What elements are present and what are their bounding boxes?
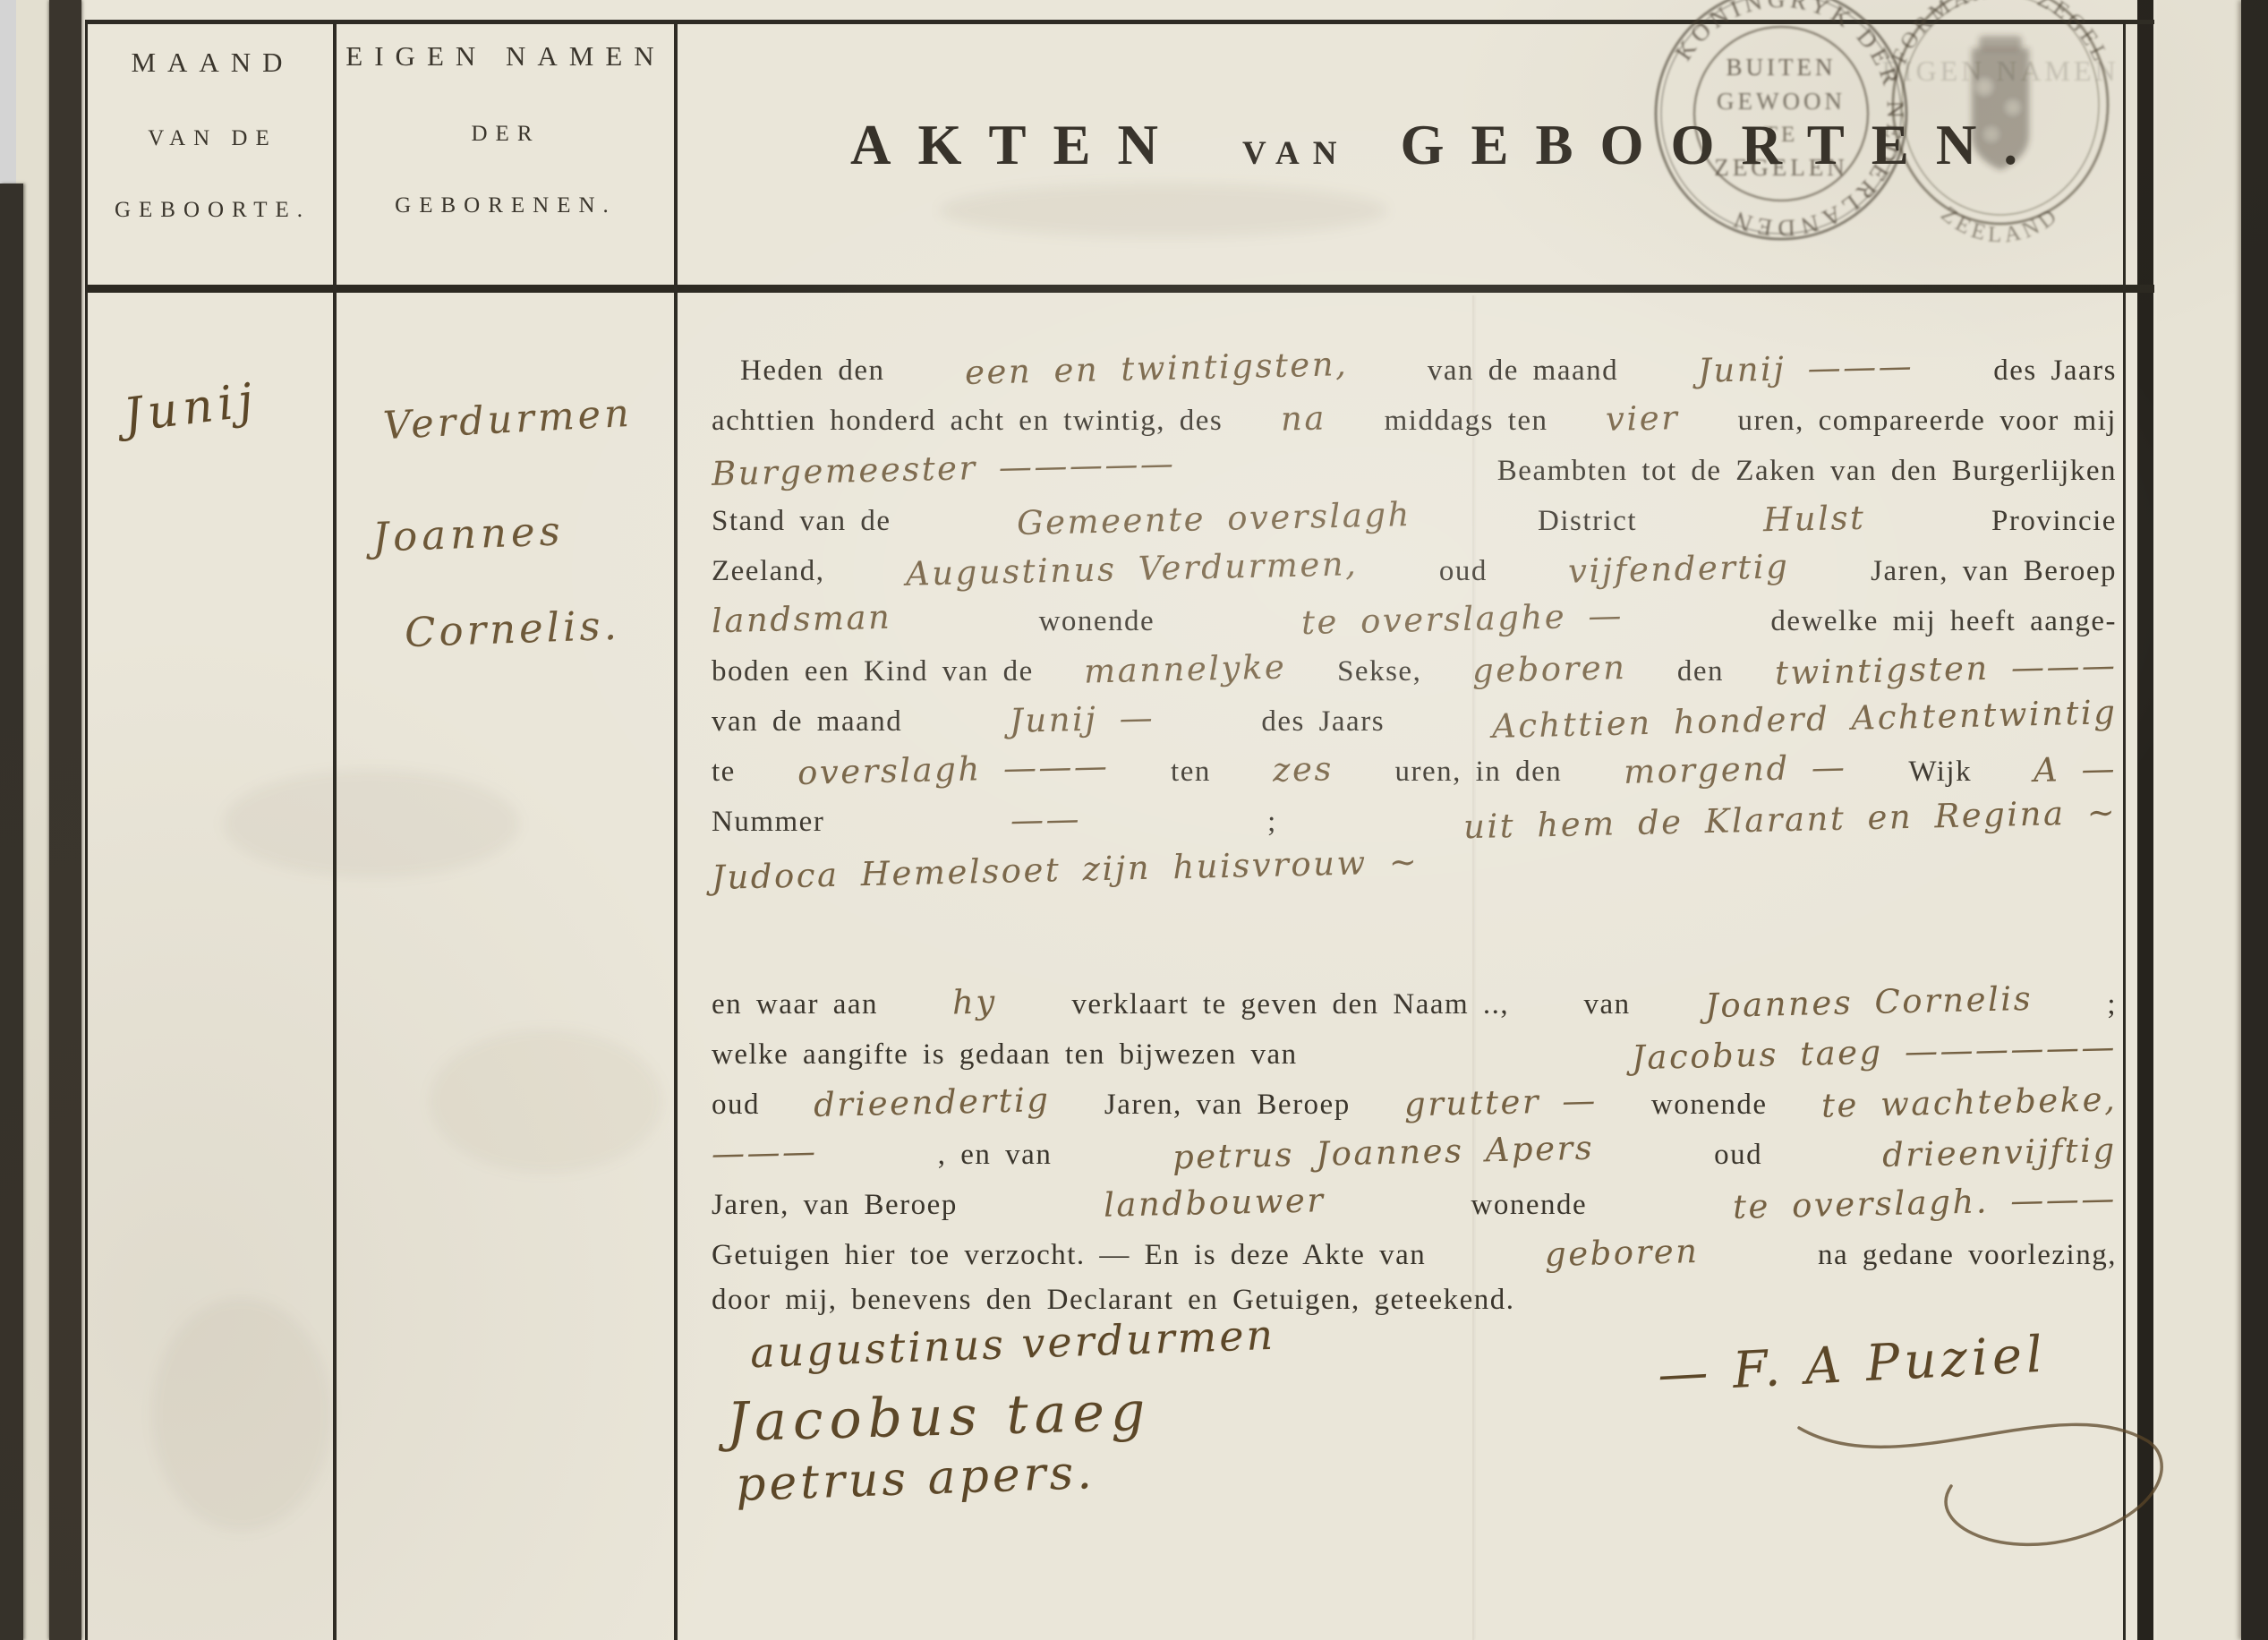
- printed-text: boden een Kind van de: [712, 655, 1034, 688]
- printed-text: wonende: [1039, 605, 1155, 638]
- header-line: GEBORENEN.: [345, 193, 667, 218]
- printed-text: Jaren, van Beroep: [1871, 555, 2117, 588]
- printed-text: Provincie: [1991, 505, 2117, 538]
- printed-text: van de maand: [712, 705, 902, 739]
- column-header-month: MAAND VAN DE GEBOORTE.: [98, 47, 327, 223]
- header-line: VAN DE: [98, 126, 327, 151]
- handwritten-text: vijfendertig: [1568, 547, 1790, 591]
- title-word: AKTEN: [850, 113, 1185, 178]
- printed-text: des Jaars: [1993, 354, 2117, 388]
- printed-text: Getuigen hier toe verzocht. — En is deze…: [712, 1239, 1426, 1272]
- printed-text: uren, in den: [1395, 756, 1563, 789]
- ink-bleed-spot: [430, 1029, 662, 1173]
- body-line: ouddrieendertigJaren, van Beroepgrutter …: [712, 1083, 2117, 1133]
- body-line: Getuigen hier toe verzocht. — En is deze…: [712, 1234, 2117, 1284]
- entry-month: Junij: [121, 373, 261, 443]
- printed-text: Heden den: [740, 354, 885, 388]
- column-divider-2: [674, 20, 678, 1640]
- header-line: DER: [345, 122, 667, 147]
- handwritten-text: Augustinus Verdurmen,: [906, 544, 1359, 593]
- handwritten-text: mannelyke: [1084, 647, 1287, 690]
- signature-witness-2: petrus apers.: [735, 1446, 1096, 1512]
- svg-text:ZEELAND: ZEELAND: [1936, 202, 2064, 248]
- handwritten-text: landsman: [712, 598, 892, 641]
- handwritten-text: vier: [1606, 398, 1680, 439]
- printed-text: Jaren, van Beroep: [1104, 1089, 1351, 1122]
- handwritten-text: Judoca Hemelsoet zijn huisvrouw ~: [712, 842, 1420, 897]
- handwritten-text: te overslaghe —: [1301, 596, 1624, 642]
- handwritten-text: landbouwer: [1103, 1181, 1325, 1225]
- birth-register-scan: MAAND VAN DE GEBOORTE. EIGEN NAMEN DER G…: [0, 0, 2268, 1640]
- printed-text: Zeeland,: [712, 555, 825, 588]
- handwritten-text: twintigsten ———: [1774, 646, 2117, 693]
- printed-text: Sekse,: [1337, 655, 1421, 688]
- handwritten-text: drieenvijftig: [1882, 1131, 2118, 1174]
- ink-bleed-spot: [152, 1298, 331, 1531]
- entry-given-name-1: Joannes: [371, 507, 565, 560]
- body-line: Judoca Hemelsoet zijn huisvrouw ~: [712, 850, 2117, 901]
- body-line: teoverslagh ———tenzesuren, in denmorgend…: [712, 750, 2117, 800]
- printed-text: District: [1538, 505, 1637, 538]
- handwritten-text: Achttien honderd Achtentwintig: [1491, 693, 2117, 746]
- header-line: MAAND: [98, 47, 327, 79]
- ink-bleed-spot: [940, 184, 1387, 237]
- printed-text: Beambten tot de Zaken van den Burgerlijk…: [1497, 455, 2117, 488]
- page-title: AKTEN VAN GEBOORTEN.: [850, 113, 2121, 178]
- handwritten-text: grutter —: [1403, 1081, 1598, 1124]
- body-line: Burgemeester —————Beambten tot de Zaken …: [712, 449, 2117, 500]
- body-line: Jaren, van Beroeplandbouwerwonendete ove…: [712, 1183, 2117, 1234]
- printed-text: door mij, benevens den Declarant en Getu…: [712, 1284, 1515, 1317]
- body-line: ———, en vanpetrus Joannes Apersouddrieen…: [712, 1133, 2117, 1183]
- handwritten-text: te overslagh. ———: [1733, 1179, 2118, 1226]
- printed-text: Nummer: [712, 806, 824, 839]
- handwritten-text: overslagh ———: [797, 747, 1109, 792]
- handwritten-text: Joannes Cornelis: [1704, 979, 2033, 1025]
- printed-text: achttien honderd acht en twintig, des: [712, 405, 1223, 438]
- body-line: en waar aanhyverklaart te geven den Naam…: [712, 983, 2117, 1033]
- entry-given-name-2: Cornelis.: [404, 602, 621, 656]
- body-line: landsmanwonendete overslaghe —dewelke mi…: [712, 600, 2117, 650]
- svg-text:BUITEN: BUITEN: [1727, 54, 1837, 81]
- printed-text: wonende: [1651, 1089, 1768, 1122]
- handwritten-text: hy: [952, 982, 998, 1021]
- handwritten-text: na: [1280, 398, 1326, 438]
- body-line: Heden deneen en twintigsten,van de maand…: [712, 349, 2117, 399]
- handwritten-text: Burgemeester —————: [712, 444, 1176, 493]
- printed-text: , en van: [938, 1139, 1053, 1172]
- printed-text: Stand van de: [712, 505, 891, 538]
- printed-text: verklaart te geven den Naam ..,: [1071, 988, 1509, 1021]
- printed-text: welke aangifte is gedaan ten bijwezen va…: [712, 1038, 1298, 1072]
- handwritten-text: ——: [1010, 799, 1082, 840]
- printed-text: middags ten: [1385, 405, 1548, 438]
- handwritten-text: Junij —: [1009, 698, 1155, 740]
- entry-surname: Verdurmen: [382, 391, 634, 449]
- printed-text: na gedane voorlezing,: [1818, 1239, 2117, 1272]
- body-line: van de maandJunij —des JaarsAchttien hon…: [712, 700, 2117, 750]
- printed-text: oud: [1714, 1139, 1762, 1172]
- handwritten-text: een en twintigsten,: [964, 345, 1348, 392]
- handwritten-text: geboren: [1471, 648, 1626, 690]
- handwritten-text: te wachtebeke,: [1820, 1080, 2117, 1124]
- printed-text: des Jaars: [1261, 705, 1385, 739]
- signature-witness-1: Jacobus taeg: [726, 1380, 1152, 1454]
- handwritten-text: ———: [712, 1132, 818, 1174]
- body-line: boden een Kind van demannelykeSekse,gebo…: [712, 650, 2117, 700]
- handwritten-text: Hulst: [1762, 499, 1865, 540]
- table-border-left: [85, 20, 88, 1640]
- handwritten-text: Jacobus taeg ——————: [1632, 1028, 2118, 1077]
- printed-text: wonende: [1471, 1189, 1588, 1222]
- handwritten-text: petrus Joannes Apers: [1172, 1129, 1594, 1177]
- signature-official: — F. A Puziel: [1657, 1326, 2049, 1405]
- body-line: welke aangifte is gedaan ten bijwezen va…: [712, 1033, 2117, 1083]
- printed-text: uren, compareerde voor mij: [1737, 405, 2117, 438]
- printed-text: ten: [1171, 756, 1211, 789]
- printed-text: van de maand: [1428, 354, 1618, 388]
- scan-page-edge-right: [2241, 0, 2268, 1640]
- handwritten-text: A —: [2034, 749, 2118, 790]
- handwritten-text: geboren: [1544, 1232, 1699, 1274]
- printed-text: Jaren, van Beroep: [712, 1189, 958, 1222]
- printed-text: te: [712, 756, 736, 789]
- printed-text: Wijk: [1908, 756, 1972, 789]
- scan-background-strip: [0, 0, 16, 184]
- handwritten-text: Gemeente overslagh: [1017, 495, 1412, 542]
- title-word: VAN: [1242, 134, 1350, 173]
- body-line: achttien honderd acht en twintig, desnam…: [712, 399, 2117, 449]
- printed-text: van: [1583, 988, 1630, 1021]
- header-line: EIGEN NAMEN: [345, 40, 667, 73]
- printed-text: oud: [1439, 555, 1488, 588]
- handwritten-text: Junij ———: [1698, 346, 1914, 389]
- title-word: GEBOORTEN.: [1400, 113, 2044, 178]
- printed-text: den: [1677, 655, 1724, 688]
- act-body: Heden deneen en twintigsten,van de maand…: [712, 349, 2117, 1334]
- column-header-names: EIGEN NAMEN DER GEBORENEN.: [345, 40, 667, 218]
- printed-text: en waar aan: [712, 988, 878, 1021]
- handwritten-text: zes: [1272, 749, 1334, 790]
- header-line: GEBOORTE.: [98, 198, 327, 223]
- printed-text: ;: [2107, 988, 2117, 1021]
- handwritten-text: drieendertig: [814, 1081, 1051, 1124]
- printed-text: ;: [1267, 806, 1277, 839]
- printed-text: dewelke mij heeft aange-: [1770, 605, 2117, 638]
- body-line: Zeeland,Augustinus Verdurmen,oudvijfende…: [712, 550, 2117, 600]
- handwritten-text: uit hem de Klarant en Regina ~: [1462, 793, 2117, 847]
- scan-binding-shadow-left: [0, 184, 23, 1640]
- signature-flourish: [1790, 1401, 2184, 1562]
- handwritten-text: morgend —: [1624, 747, 1847, 791]
- ink-bleed-spot: [224, 770, 519, 877]
- svg-text:GEWOON: GEWOON: [1717, 88, 1846, 115]
- scan-page-margin-right: [2157, 0, 2241, 1640]
- scan-binding-band-left: [49, 0, 81, 1640]
- column-divider-1: [333, 20, 337, 1640]
- printed-text: oud: [712, 1089, 760, 1122]
- body-line: Stand van deGemeente overslaghDistrictHu…: [712, 500, 2117, 550]
